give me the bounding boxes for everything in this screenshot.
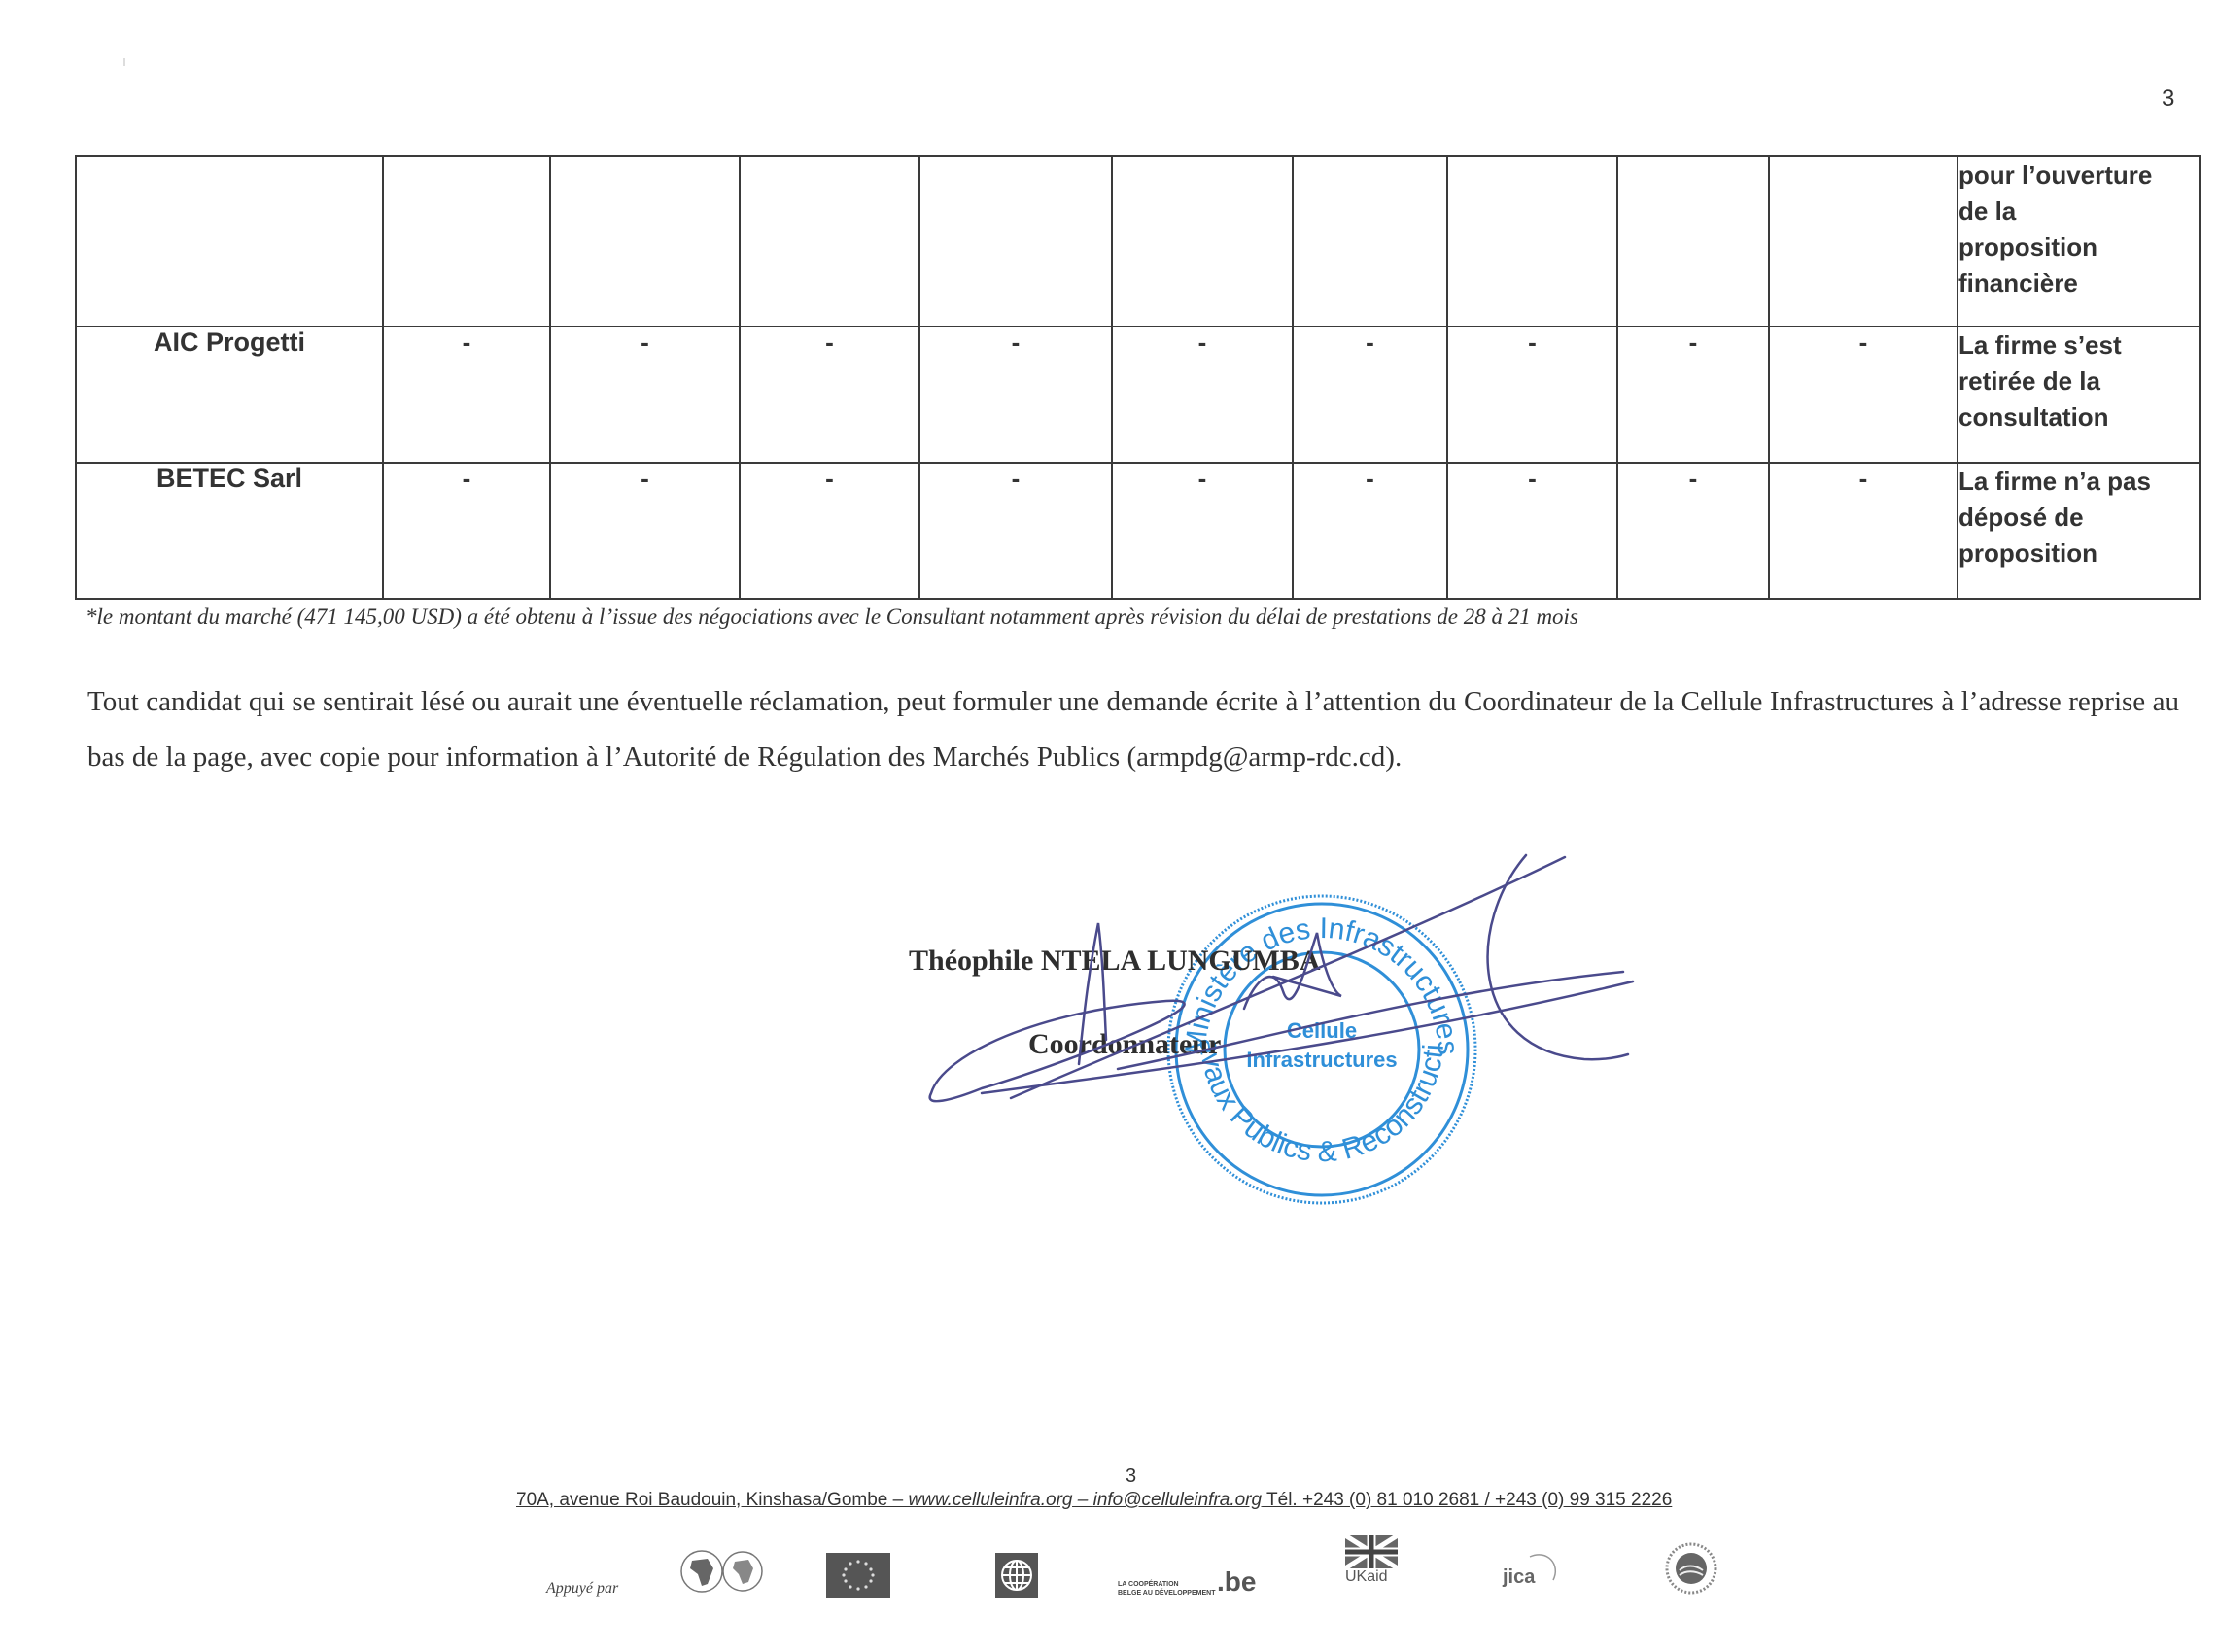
page-number-bottom: 3 bbox=[1126, 1465, 1136, 1488]
observation-line: La firme s’est bbox=[1958, 327, 2199, 363]
score-cell: - bbox=[1447, 463, 1617, 599]
firm-name-cell: AIC Progetti bbox=[76, 327, 383, 463]
score-cell: - bbox=[1112, 327, 1293, 463]
evaluation-results-table: pour l’ouverturede lapropositionfinanciè… bbox=[75, 155, 2201, 600]
score-cell: - bbox=[740, 327, 919, 463]
belgian-cooperation-logo: LA COOPÉRATION BELGE AU DÉVELOPPEMENT bbox=[1118, 1580, 1215, 1598]
address-text: 70A, avenue Roi Baudouin, Kinshasa/Gombe… bbox=[516, 1490, 909, 1510]
score-cell: - bbox=[1769, 327, 1958, 463]
score-cell bbox=[550, 156, 740, 327]
jica-logo: jica bbox=[1503, 1566, 1535, 1589]
observation-cell: pour l’ouverturede lapropositionfinanciè… bbox=[1958, 156, 2200, 327]
observation-line: financière bbox=[1958, 265, 2199, 301]
firm-name-cell: BETEC Sarl bbox=[76, 463, 383, 599]
table-row: BETEC Sarl---------La firme n’a pasdépos… bbox=[76, 463, 2200, 599]
observation-line: déposé de bbox=[1958, 499, 2199, 535]
ukaid-flag-icon bbox=[1345, 1535, 1398, 1568]
ukaid-logo: UKaid bbox=[1345, 1568, 1388, 1586]
observation-line: proposition bbox=[1958, 229, 2199, 265]
complaint-paragraph: Tout candidat qui se sentirait lésé ou a… bbox=[87, 674, 2179, 785]
footnote: *le montant du marché (471 145,00 USD) a… bbox=[86, 604, 1578, 630]
score-cell bbox=[1293, 156, 1447, 327]
email-link[interactable]: info@celluleinfra.org bbox=[1093, 1490, 1263, 1510]
table-row: pour l’ouverturede lapropositionfinanciè… bbox=[76, 156, 2200, 327]
score-cell bbox=[1447, 156, 1617, 327]
score-cell: - bbox=[1447, 327, 1617, 463]
score-cell bbox=[1769, 156, 1958, 327]
score-cell: - bbox=[1293, 327, 1447, 463]
scan-speck bbox=[123, 58, 125, 66]
observation-cell: La firme s’estretirée de laconsultation bbox=[1958, 327, 2200, 463]
observation-line: consultation bbox=[1958, 399, 2199, 435]
score-cell: - bbox=[550, 327, 740, 463]
score-cell bbox=[919, 156, 1112, 327]
score-cell: - bbox=[919, 463, 1112, 599]
score-cell: - bbox=[383, 327, 550, 463]
score-cell bbox=[1112, 156, 1293, 327]
score-cell: - bbox=[740, 463, 919, 599]
score-cell: - bbox=[1617, 327, 1769, 463]
score-cell: - bbox=[1112, 463, 1293, 599]
score-cell: - bbox=[383, 463, 550, 599]
world-bank-logo bbox=[995, 1553, 1038, 1598]
supported-by-label: Appuyé par bbox=[546, 1580, 618, 1598]
observation-line: pour l’ouverture bbox=[1958, 157, 2199, 193]
afdb-logo bbox=[680, 1547, 768, 1596]
separator: – bbox=[1072, 1490, 1092, 1510]
observation-line: de la bbox=[1958, 193, 2199, 229]
observation-line: proposition bbox=[1958, 535, 2199, 571]
score-cell: - bbox=[919, 327, 1112, 463]
footer-address: 70A, avenue Roi Baudouin, Kinshasa/Gombe… bbox=[516, 1490, 1672, 1511]
score-cell: - bbox=[1293, 463, 1447, 599]
belgian-cooperation-mark: .be bbox=[1217, 1566, 1256, 1598]
handwritten-signature bbox=[923, 845, 1643, 1118]
score-cell bbox=[383, 156, 550, 327]
score-cell: - bbox=[550, 463, 740, 599]
score-cell: - bbox=[1617, 463, 1769, 599]
website-link[interactable]: www.celluleinfra.org bbox=[909, 1490, 1073, 1510]
observation-cell: La firme n’a pasdéposé deproposition bbox=[1958, 463, 2200, 599]
page-number-top: 3 bbox=[2162, 86, 2174, 113]
phone-numbers: Tél. +243 (0) 81 010 2681 / +243 (0) 99 … bbox=[1262, 1490, 1672, 1510]
score-cell bbox=[1617, 156, 1769, 327]
eu-flag-logo bbox=[826, 1553, 890, 1598]
observation-line: retirée de la bbox=[1958, 363, 2199, 399]
table-row: AIC Progetti---------La firme s’estretir… bbox=[76, 327, 2200, 463]
score-cell bbox=[740, 156, 919, 327]
score-cell: - bbox=[1769, 463, 1958, 599]
firm-name-cell bbox=[76, 156, 383, 327]
observation-line: La firme n’a pas bbox=[1958, 464, 2199, 499]
badea-logo bbox=[1664, 1541, 1718, 1600]
